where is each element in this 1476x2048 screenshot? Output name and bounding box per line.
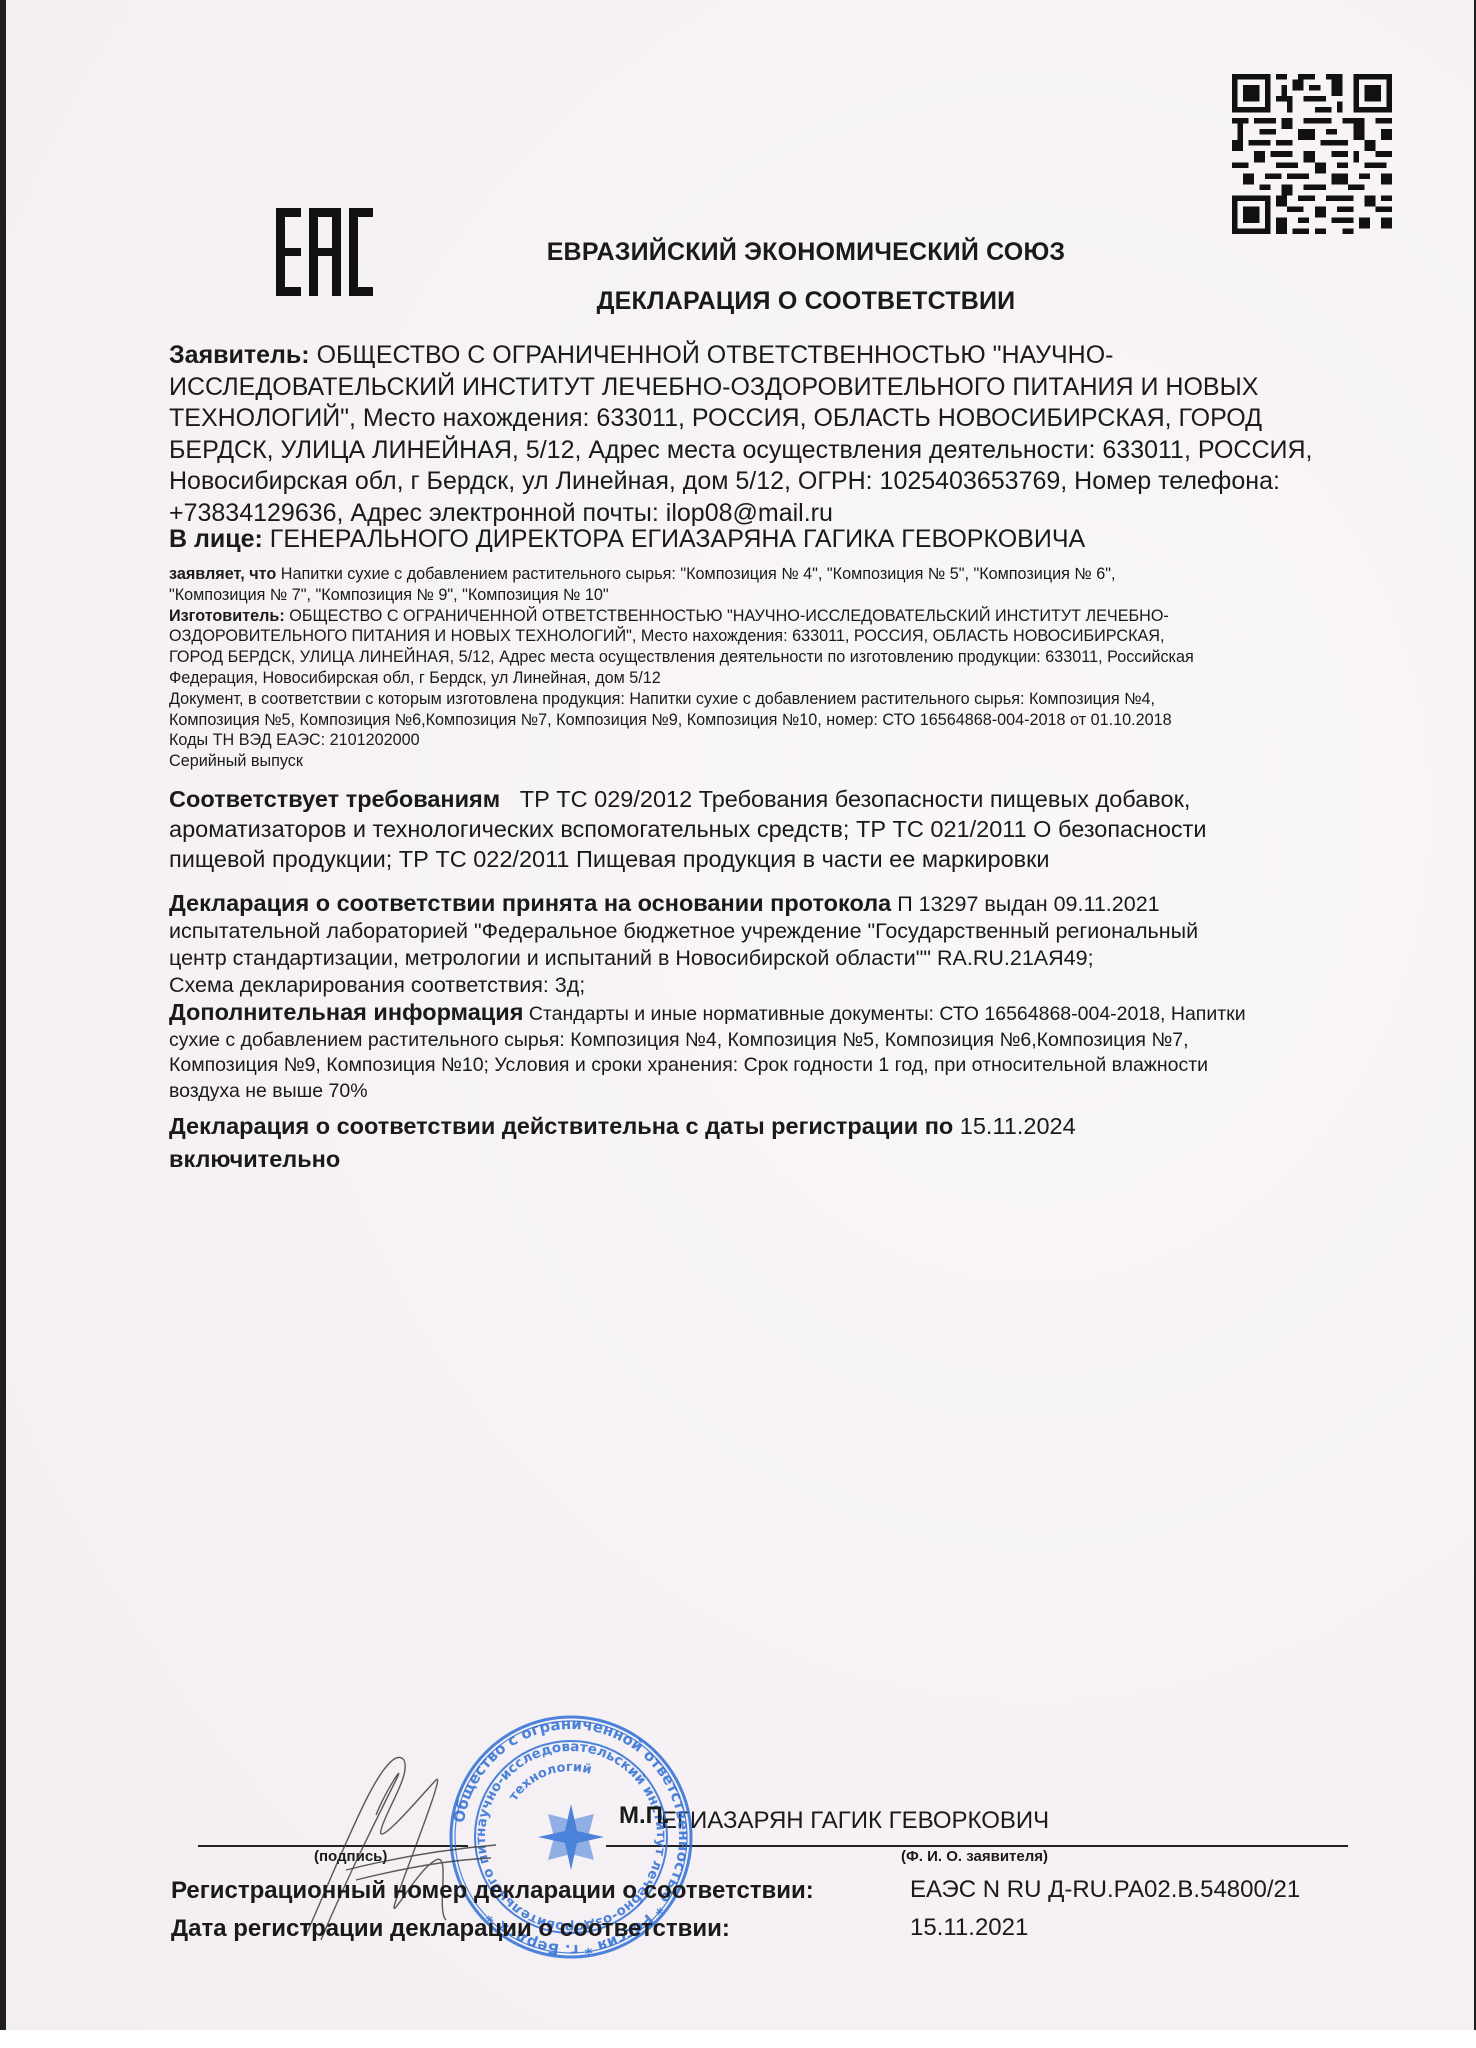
seal-mark: М.П. <box>619 1802 670 1830</box>
validity-suffix: включительно <box>169 1146 340 1172</box>
manufacturer-line: ОБЩЕСТВО С ОГРАНИЧЕННОЙ ОТВЕТСТВЕННОСТЬЮ… <box>285 607 1169 625</box>
signer-name: ЕГИАЗАРЯН ГАГИК ГЕВОРКОВИЧ <box>661 1807 1049 1835</box>
requirements-line: пищевой продукции; ТР ТС 022/2011 Пищева… <box>169 844 1369 874</box>
release-type: Серийный выпуск <box>169 751 1369 772</box>
additional-info-label: Дополнительная информация <box>169 999 523 1025</box>
applicant-line: Новосибирская обл, г Бердск, ул Линейная… <box>169 466 1369 498</box>
production-document-line: Композиция №5, Композиция №6,Композиция … <box>169 710 1369 731</box>
product-line: Напитки сухие с добавлением растительног… <box>276 565 1115 583</box>
applicant-label: Заявитель: <box>169 341 310 369</box>
name-line <box>606 1845 1348 1847</box>
additional-info-line: Стандарты и иные нормативные документы: … <box>523 1003 1245 1025</box>
requirements-line: ТР ТС 029/2012 Требования безопасности п… <box>500 786 1190 812</box>
manufacturer-line: ОЗДОРОВИТЕЛЬНОГО ПИТАНИЯ И НОВЫХ ТЕХНОЛО… <box>169 626 1369 647</box>
represented-by-label: В лице: <box>169 525 263 553</box>
document-title: ДЕКЛАРАЦИЯ О СООТВЕТСТВИИ <box>6 287 1476 316</box>
registration-number-label: Регистрационный номер декларации о соотв… <box>171 1877 814 1905</box>
declares-label: заявляет, что <box>169 565 276 583</box>
qr-code[interactable] <box>1232 74 1392 234</box>
represented-by-value: ГЕНЕРАЛЬНОГО ДИРЕКТОРА ЕГИАЗАРЯНА ГАГИКА… <box>263 525 1085 553</box>
name-caption: (Ф. И. О. заявителя) <box>901 1848 1048 1865</box>
scan-bottom-margin <box>0 2030 1476 2048</box>
registration-date-label: Дата регистрации декларации о соответств… <box>171 1915 730 1943</box>
basis-line: центр стандартизации, метрологии и испыт… <box>169 945 1369 972</box>
union-title: ЕВРАЗИЙСКИЙ ЭКОНОМИЧЕСКИЙ СОЮЗ <box>6 238 1476 267</box>
basis-line: испытательной лабораторией "Федеральное … <box>169 918 1369 945</box>
requirements-label: Соответствует требованиям <box>169 786 500 812</box>
represented-by-section: В лице: ГЕНЕРАЛЬНОГО ДИРЕКТОРА ЕГИАЗАРЯН… <box>169 524 1369 556</box>
applicant-line: БЕРДСК, УЛИЦА ЛИНЕЙНАЯ, 5/12, Адрес мест… <box>169 435 1369 467</box>
product-section: заявляет, что Напитки сухие с добавление… <box>169 564 1369 772</box>
requirements-section: Соответствует требованиям ТР ТС 029/2012… <box>169 784 1369 874</box>
applicant-section: Заявитель: ОБЩЕСТВО С ОГРАНИЧЕННОЙ ОТВЕТ… <box>169 340 1369 529</box>
additional-info-section: Дополнительная информация Стандарты и ин… <box>169 1000 1369 1104</box>
requirements-line: ароматизаторов и технологических вспомог… <box>169 814 1369 844</box>
applicant-line: ОБЩЕСТВО С ОГРАНИЧЕННОЙ ОТВЕТСТВЕННОСТЬЮ… <box>317 341 1114 369</box>
validity-label: Декларация о соответствии действительна … <box>169 1113 953 1139</box>
product-line: "Композиция № 7", "Композиция № 9", "Ком… <box>169 585 1369 606</box>
manufacturer-line: Федерация, Новосибирская обл, г Бердск, … <box>169 668 1369 689</box>
hs-codes: Коды ТН ВЭД ЕАЭС: 2101202000 <box>169 730 1369 751</box>
basis-line: П 13297 выдан 09.11.2021 <box>891 892 1159 916</box>
additional-info-line: Композиция №9, Композиция №10; Условия и… <box>169 1053 1369 1079</box>
applicant-line: ИССЛЕДОВАТЕЛЬСКИЙ ИНСТИТУТ ЛЕЧЕБНО-ОЗДОР… <box>169 372 1369 404</box>
declaration-page: ЕВРАЗИЙСКИЙ ЭКОНОМИЧЕСКИЙ СОЮЗ ДЕКЛАРАЦИ… <box>6 0 1474 2030</box>
registration-date: 15.11.2021 <box>910 1914 1028 1942</box>
basis-line: Схема декларирования соответствия: 3д; <box>169 972 1369 999</box>
manufacturer-line: ГОРОД БЕРДСК, УЛИЦА ЛИНЕЙНАЯ, 5/12, Адре… <box>169 647 1369 668</box>
additional-info-line: сухие с добавлением растительного сырья:… <box>169 1028 1369 1054</box>
basis-label: Декларация о соответствии принята на осн… <box>169 890 891 916</box>
additional-info-line: воздуха не выше 70% <box>169 1079 1369 1105</box>
registration-number: ЕАЭС N RU Д-RU.РА02.В.54800/21 <box>910 1876 1300 1904</box>
applicant-line: ТЕХНОЛОГИЙ", Место нахождения: 633011, Р… <box>169 403 1369 435</box>
production-document-line: Документ, в соответствии с которым изгот… <box>169 689 1369 710</box>
validity-date: 15.11.2024 <box>953 1113 1075 1139</box>
basis-section: Декларация о соответствии принята на осн… <box>169 890 1369 999</box>
validity-section: Декларация о соответствии действительна … <box>169 1110 1369 1176</box>
manufacturer-label: Изготовитель: <box>169 607 285 625</box>
